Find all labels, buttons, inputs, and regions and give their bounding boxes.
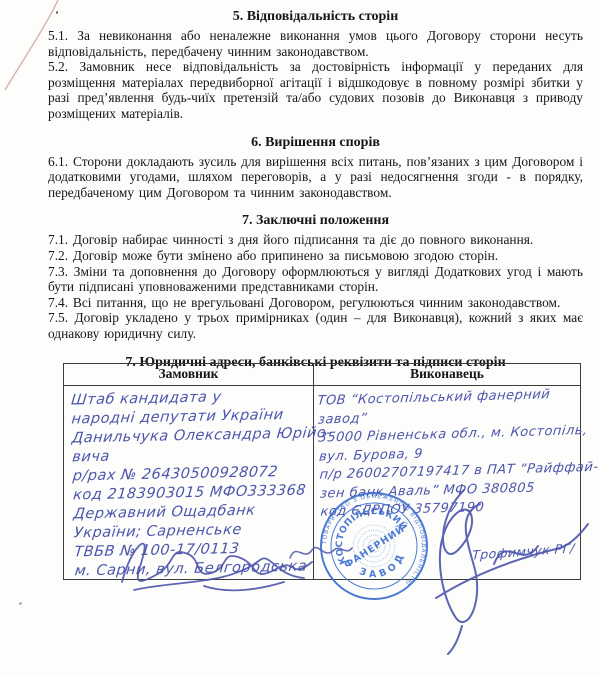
clause-7-2: 7.2. Договір може бути змінено або припи… xyxy=(48,248,583,264)
customer-handwritten-details: Штаб кандидата у народні депутати Україн… xyxy=(62,383,315,581)
section-heading-6: 6. Вирішення спорів xyxy=(48,134,583,151)
customer-header: Замовник xyxy=(64,364,314,386)
clause-6-1: 6.1. Сторони докладають зусиль для виріш… xyxy=(48,154,583,201)
clause-7-3: 7.3. Зміни та доповнення до Договору офо… xyxy=(48,264,583,295)
section-disputes: 6. Вирішення спорів 6.1. Сторони доклада… xyxy=(48,134,583,201)
clause-7-4: 7.4. Всі питання, що не врегульовані Дог… xyxy=(48,295,583,311)
contractor-header: Виконавець xyxy=(314,364,581,386)
section-final-provisions: 7. Заключні положення 7.1. Договір набир… xyxy=(48,212,583,341)
clause-5-2: 5.2. Замовник несе відповідальність за д… xyxy=(48,59,583,121)
section-heading-7: 7. Заключні положення xyxy=(48,212,583,229)
table-header-row: Замовник Виконавець xyxy=(64,364,581,386)
contractor-handwritten-details: ТОВ “Костопільський фанерний завод” 3500… xyxy=(312,382,582,522)
contract-page: 5. Відповідальність сторін 5.1. За невик… xyxy=(48,8,583,374)
handwritten-line: м. Сарни, вул. Белгородська xyxy=(74,557,315,581)
clause-7-5: 7.5. Договір укладено у трьох примірника… xyxy=(48,310,583,341)
section-responsibility: 5. Відповідальність сторін 5.1. За невик… xyxy=(48,8,583,122)
section-heading-5: 5. Відповідальність сторін xyxy=(48,8,583,25)
clause-5-1: 5.1. За невиконання або неналежне викона… xyxy=(48,28,583,59)
clause-7-1: 7.1. Договір набирає чинності з дня його… xyxy=(48,232,583,248)
customer-cell: Штаб кандидата у народні депутати Україн… xyxy=(64,386,314,580)
scan-speck xyxy=(19,602,22,605)
